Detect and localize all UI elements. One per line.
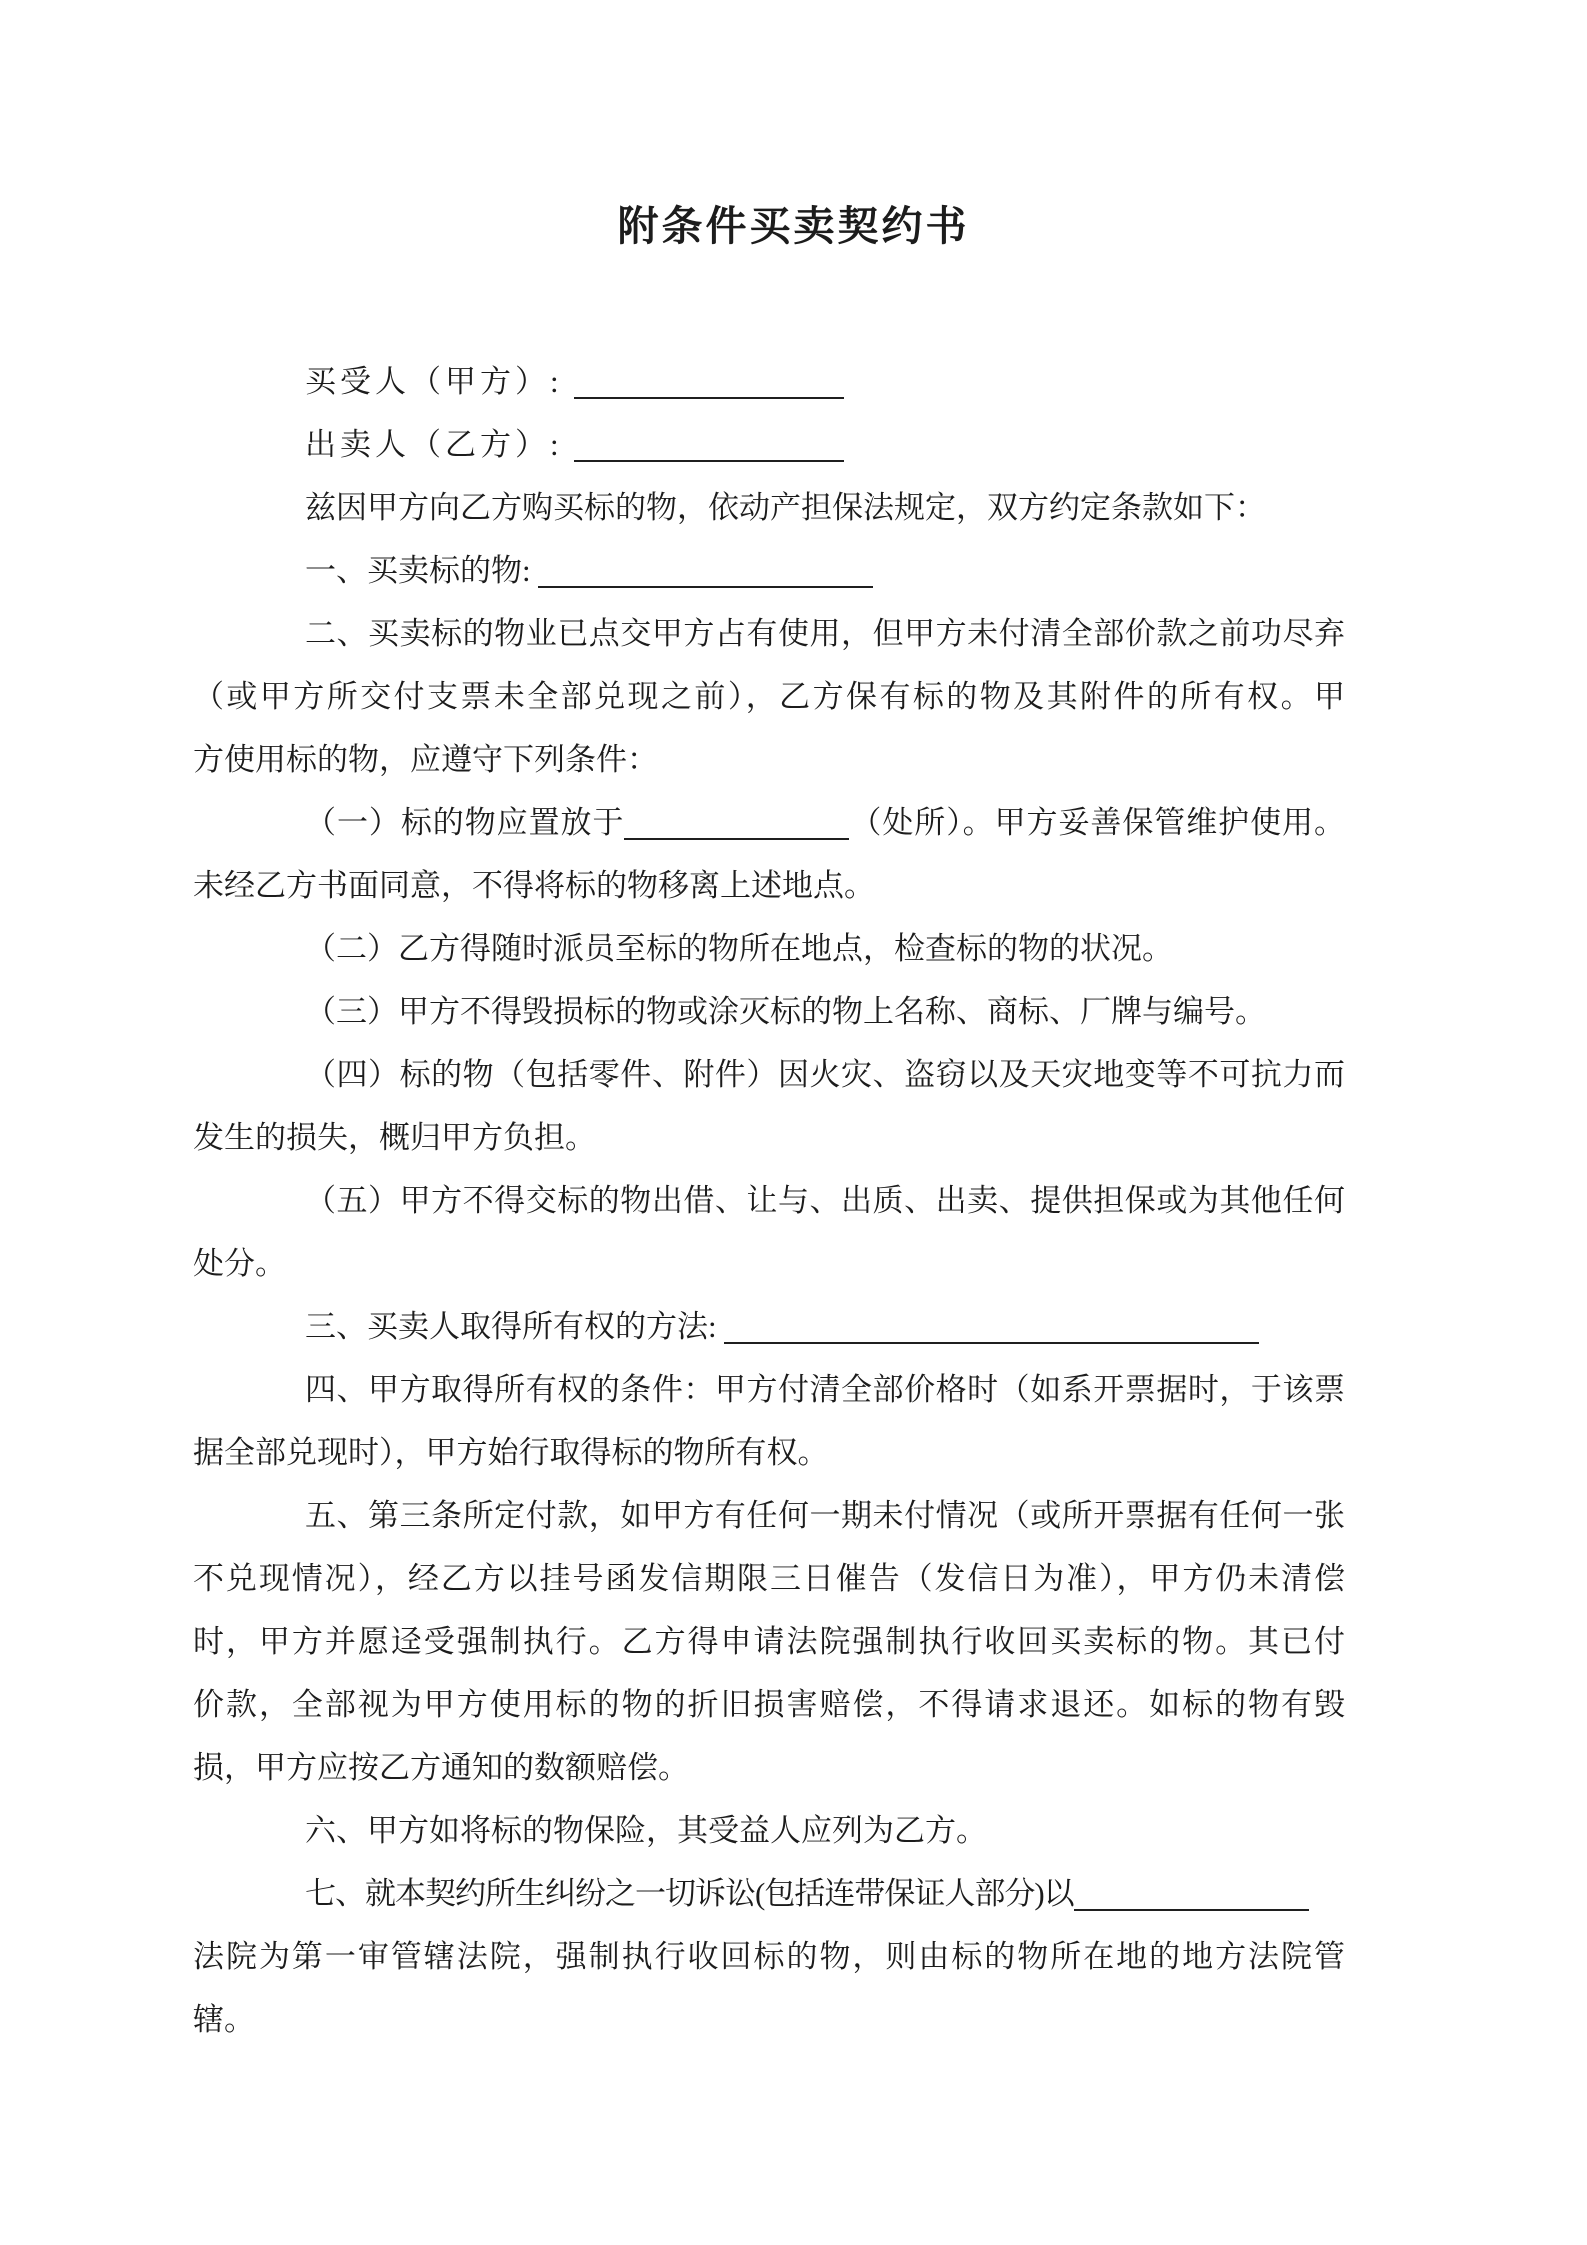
clause-7-line-1: 七、就本契约所生纠纷之一切诉讼(包括连带保证人部分)以 — [193, 1862, 1345, 1925]
document-page: 附条件买卖契约书 买受人（甲方）: 出卖人（乙方）: 兹因甲方向乙方购买标的物，… — [0, 0, 1587, 2245]
fill-in-blank — [538, 556, 873, 588]
clause-5-line-3: 时，甲方并愿迳受强制执行。乙方得申请法院强制执行收回买卖标的物。其已付 — [193, 1610, 1345, 1673]
buyer-label: 买受人（甲方）: — [305, 364, 574, 399]
clause-2-line-2: （或甲方所交付支票未全部兑现之前），乙方保有标的物及其附件的所有权。甲 — [193, 665, 1345, 728]
clause-1-line: 一、买卖标的物: — [193, 539, 1345, 602]
clause-2-item-5-line-2: 处分。 — [193, 1232, 1345, 1295]
fill-in-blank — [1074, 1879, 1309, 1911]
preamble-line: 兹因甲方向乙方购买标的物，依动产担保法规定，双方约定条款如下： — [193, 476, 1345, 539]
clause-4-line-1: 四、甲方取得所有权的条件：甲方付清全部价格时（如系开票据时，于该票 — [193, 1358, 1345, 1421]
clause-2-line-1: 二、买卖标的物业已点交甲方占有使用，但甲方未付清全部价款之前功尽弃 — [193, 602, 1345, 665]
page-title: 附条件买卖契约书 — [0, 198, 1587, 254]
clause-7-line-2: 法院为第一审管辖法院，强制执行收回标的物，则由标的物所在地的地方法院管 — [193, 1925, 1345, 1988]
clause-2-item-4-line-1: （四）标的物（包括零件、附件）因火灾、盗窃以及天灾地变等不可抗力而 — [193, 1043, 1345, 1106]
clause-3-line: 三、买卖人取得所有权的方法: — [193, 1295, 1345, 1358]
seller-label: 出卖人（乙方）: — [305, 427, 574, 462]
contract-body: 买受人（甲方）: 出卖人（乙方）: 兹因甲方向乙方购买标的物，依动产担保法规定，… — [193, 350, 1345, 2051]
clause-2-item-3-line: （三）甲方不得毁损标的物或涂灭标的物上名称、商标、厂牌与编号。 — [193, 980, 1345, 1043]
clause-5-line-5: 损，甲方应按乙方通知的数额赔偿。 — [193, 1736, 1345, 1799]
fill-in-blank — [624, 808, 849, 840]
fill-in-blank — [724, 1312, 1259, 1344]
fill-in-blank — [574, 430, 844, 462]
clause-7-line-3: 辖。 — [193, 1988, 1345, 2051]
clause-2-item-1-line-1: （一）标的物应置放于（处所）。甲方妥善保管维护使用。 — [193, 791, 1345, 854]
clause-5-line-2: 不兑现情况），经乙方以挂号函发信期限三日催告（发信日为准），甲方仍未清偿 — [193, 1547, 1345, 1610]
fill-in-blank — [574, 367, 844, 399]
clause-5-line-1: 五、第三条所定付款，如甲方有任何一期未付情况（或所开票据有任何一张 — [193, 1484, 1345, 1547]
clause-6-line: 六、甲方如将标的物保险，其受益人应列为乙方。 — [193, 1799, 1345, 1862]
clause-5-line-4: 价款，全部视为甲方使用标的物的折旧损害赔偿，不得请求退还。如标的物有毁 — [193, 1673, 1345, 1736]
clause-2-item-4-line-2: 发生的损失，概归甲方负担。 — [193, 1106, 1345, 1169]
clause-2-item-1-line-2: 未经乙方书面同意，不得将标的物移离上述地点。 — [193, 854, 1345, 917]
buyer-line: 买受人（甲方）: — [193, 350, 1345, 413]
clause-2-item-2-line: （二）乙方得随时派员至标的物所在地点，检查标的物的状况。 — [193, 917, 1345, 980]
seller-line: 出卖人（乙方）: — [193, 413, 1345, 476]
clause-4-line-2: 据全部兑现时），甲方始行取得标的物所有权。 — [193, 1421, 1345, 1484]
clause-2-line-3: 方使用标的物，应遵守下列条件： — [193, 728, 1345, 791]
clause-2-item-5-line-1: （五）甲方不得交标的物出借、让与、出质、出卖、提供担保或为其他任何 — [193, 1169, 1345, 1232]
